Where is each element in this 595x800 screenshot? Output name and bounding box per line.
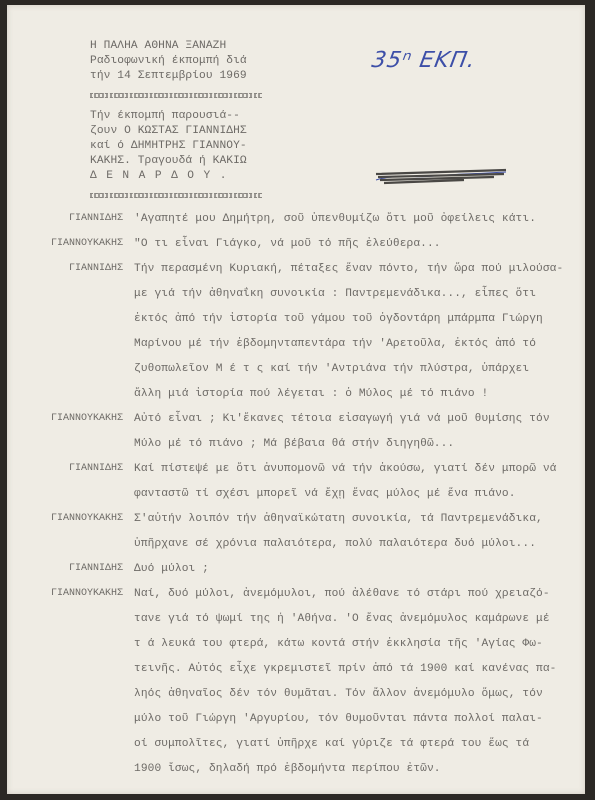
dialogue-line: ΓΙΑΝΝΟΥΚΑΚΗΣ "Ο τι εἶναι Γιάγκο, νά μοῦ … (7, 238, 585, 254)
speech-text: Δυό μύλοι ; (134, 563, 209, 575)
speech-text: "Ο τι εἶναι Γιάγκο, νά μοῦ τό πῆς ἐλεύθε… (134, 238, 441, 250)
dialogue-line: φανταστῶ τί σχέσι μπορεῖ νά ἔχῃ ἕνας μύλ… (7, 488, 585, 504)
presenters-line-2: ζουν Ο ΚΩΣΤΑΣ ΓΙΑΝΝΙΔΗΣ (90, 124, 262, 139)
speech-text: Αὐτό εἶναι ; Κι'ἔκανες τέτοια εἰσαγωγή γ… (134, 413, 550, 425)
dialogue-line: ΓΙΑΝΝΙΔΗΣ Καί πίστεψέ με ὅτι ἀνυπομονῶ ν… (7, 463, 585, 479)
speech-text: τεινῆς. Αὐτός εἶχε γκρεμιστεῖ πρίν ἀπό τ… (134, 663, 556, 675)
dialogue-line: ΓΙΑΝΝΟΥΚΑΚΗΣ Αὐτό εἶναι ; Κι'ἔκανες τέτο… (7, 413, 585, 429)
dialogue-line: ληός ἀθηναῖος δέν τόν θυμᾶται. Τόν ἄλλον… (7, 688, 585, 704)
dialogue-line: ΓΙΑΝΝΙΔΗΣ Τήν περασμένη Κυριακή, πέταξες… (7, 263, 585, 279)
speech-text: ληός ἀθηναῖος δέν τόν θυμᾶται. Τόν ἄλλον… (134, 688, 543, 700)
presenters-line-4: ΚΑΚΗΣ. Τραγουδά ή ΚΑΚΙΩ (90, 154, 262, 169)
speech-text: Μύλο μέ τό πιάνο ; Μά βέβαια θά στήν διη… (134, 438, 454, 450)
dialogue-line: ὑπῆρχανε σέ χρόνια παλαιότερα, πολύ παλα… (7, 538, 585, 554)
speech-text: Ναί, δυό μύλοι, ἀνεμόμυλοι, πού ἀλέθανε … (134, 588, 550, 600)
dialogue-line: τ ά λευκά του φτερά, κάτω κοντά στήν ἐκκ… (7, 638, 585, 654)
dialogue-line: ΓΙΑΝΝΙΔΗΣ 'Αγαπητέ μου Δημήτρη, σοῦ ὑπεν… (7, 213, 585, 229)
header-divider-bottom (90, 193, 262, 198)
presenters-line-5: ΔΕΝΑΡΔΟΥ. (90, 169, 262, 184)
speaker-label: ΓΙΑΝΝΙΔΗΣ (17, 463, 123, 474)
dialogue-line: ΓΙΑΝΝΟΥΚΑΚΗΣ Σ'αὐτήν λοιπόν τήν ἀθηναϊκώ… (7, 513, 585, 529)
speaker-label: ΓΙΑΝΝΙΔΗΣ (17, 213, 123, 224)
handwritten-episode-number: 35ⁿ ΕΚΠ. (370, 48, 478, 73)
speech-text: ἐκτός ἀπό τήν ἱστορία τοῦ γάμου τοῦ ὀγδο… (134, 313, 543, 325)
speech-text: φανταστῶ τί σχέσι μπορεῖ νά ἔχῃ ἕνας μύλ… (134, 488, 516, 500)
program-subtitle-1: Ραδιοφωνική έκπομπή διά (90, 54, 262, 69)
program-title: Η ΠΑΛΗΑ ΑΘΗΝΑ ΞΑΝΑΖΗ (90, 39, 262, 54)
speaker-label: ΓΙΑΝΝΟΥΚΑΚΗΣ (17, 238, 123, 249)
speech-text: τ ά λευκά του φτερά, κάτω κοντά στήν ἐκκ… (134, 638, 543, 650)
presenters-line-3: καί ό ΔΗΜΗΤΡΗΣ ΓΙΑΝΝΟΥ- (90, 139, 262, 154)
dialogue-line: ΓΙΑΝΝΟΥΚΑΚΗΣ Ναί, δυό μύλοι, ἀνεμόμυλοι,… (7, 588, 585, 604)
speaker-label: ΓΙΑΝΝΙΔΗΣ (17, 563, 123, 574)
dialogue-line: ἐκτός ἀπό τήν ἱστορία τοῦ γάμου τοῦ ὀγδο… (7, 313, 585, 329)
speech-text: 1900 ἴσως, δηλαδή πρό ἑβδομήντα περίπου … (134, 763, 441, 775)
speaker-label: ΓΙΑΝΝΙΔΗΣ (17, 263, 123, 274)
crossed-out-handwriting (374, 164, 509, 186)
dialogue-line: 1900 ἴσως, δηλαδή πρό ἑβδομήντα περίπου … (7, 763, 585, 779)
presenters-line-1: Τήν έκπομπή παρουσιά-- (90, 109, 262, 124)
dialogue-line: ζυθοπωλεῖον Μ έ τ ς καί τήν 'Αντριάνα τή… (7, 363, 585, 379)
speech-text: Μαρίνου μέ τήν ἑβδομηνταπεντάρα τήν 'Αρε… (134, 338, 536, 350)
program-subtitle-2: τήν 14 Σεπτεμβρίου 1969 (90, 69, 262, 84)
dialogue-line: οί συμπολῖτες, γιατί ὑπῆρχε καί γύριζε τ… (7, 738, 585, 754)
speaker-label: ΓΙΑΝΝΟΥΚΑΚΗΣ (17, 413, 123, 424)
speech-text: ὑπῆρχανε σέ χρόνια παλαιότερα, πολύ παλα… (134, 538, 536, 550)
dialogue-line: τανε γιά τό ψωμί της ἡ 'Αθήνα. 'Ο ἕνας ἀ… (7, 613, 585, 629)
speech-text: οί συμπολῖτες, γιατί ὑπῆρχε καί γύριζε τ… (134, 738, 529, 750)
speech-text: Σ'αὐτήν λοιπόν τήν ἀθηναϊκώτατη συνοικία… (134, 513, 543, 525)
speech-text: Τήν περασμένη Κυριακή, πέταξες ἕναν πόντ… (134, 263, 563, 275)
dialogue-line: Μύλο μέ τό πιάνο ; Μά βέβαια θά στήν διη… (7, 438, 585, 454)
speech-text: ἄλλη μιά ἱστορία πού λέγεται : ὁ Μύλος μ… (134, 388, 488, 400)
dialogue-line: τεινῆς. Αὐτός εἶχε γκρεμιστεῖ πρίν ἀπό τ… (7, 663, 585, 679)
speech-text: μύλο τοῦ Γιώργη 'Αργυρίου, τόν θυμοῦνται… (134, 713, 543, 725)
speaker-label: ΓΙΑΝΝΟΥΚΑΚΗΣ (17, 513, 123, 524)
dialogue-line: ΓΙΑΝΝΙΔΗΣ Δυό μύλοι ; (7, 563, 585, 579)
dialogue-line: με γιά τήν ἀθηναΐκη συνοικία : Παντρεμεν… (7, 288, 585, 304)
speech-text: Καί πίστεψέ με ὅτι ἀνυπομονῶ νά τήν ἀκού… (134, 463, 556, 475)
speech-text: τανε γιά τό ψωμί της ἡ 'Αθήνα. 'Ο ἕνας ἀ… (134, 613, 550, 625)
document-page: Η ΠΑΛΗΑ ΑΘΗΝΑ ΞΑΝΑΖΗ Ραδιοφωνική έκπομπή… (7, 5, 585, 794)
dialogue-line: μύλο τοῦ Γιώργη 'Αργυρίου, τόν θυμοῦνται… (7, 713, 585, 729)
speaker-label: ΓΙΑΝΝΟΥΚΑΚΗΣ (17, 588, 123, 599)
speech-text: 'Αγαπητέ μου Δημήτρη, σοῦ ὑπενθυμίζω ὅτι… (134, 213, 536, 225)
dialogue-line: ἄλλη μιά ἱστορία πού λέγεται : ὁ Μύλος μ… (7, 388, 585, 404)
document-header: Η ΠΑΛΗΑ ΑΘΗΝΑ ΞΑΝΑΖΗ Ραδιοφωνική έκπομπή… (90, 39, 262, 209)
speech-text: με γιά τήν ἀθηναΐκη συνοικία : Παντρεμεν… (134, 288, 536, 300)
header-divider (90, 93, 262, 98)
dialogue-line: Μαρίνου μέ τήν ἑβδομηνταπεντάρα τήν 'Αρε… (7, 338, 585, 354)
speech-text: ζυθοπωλεῖον Μ έ τ ς καί τήν 'Αντριάνα τή… (134, 363, 529, 375)
